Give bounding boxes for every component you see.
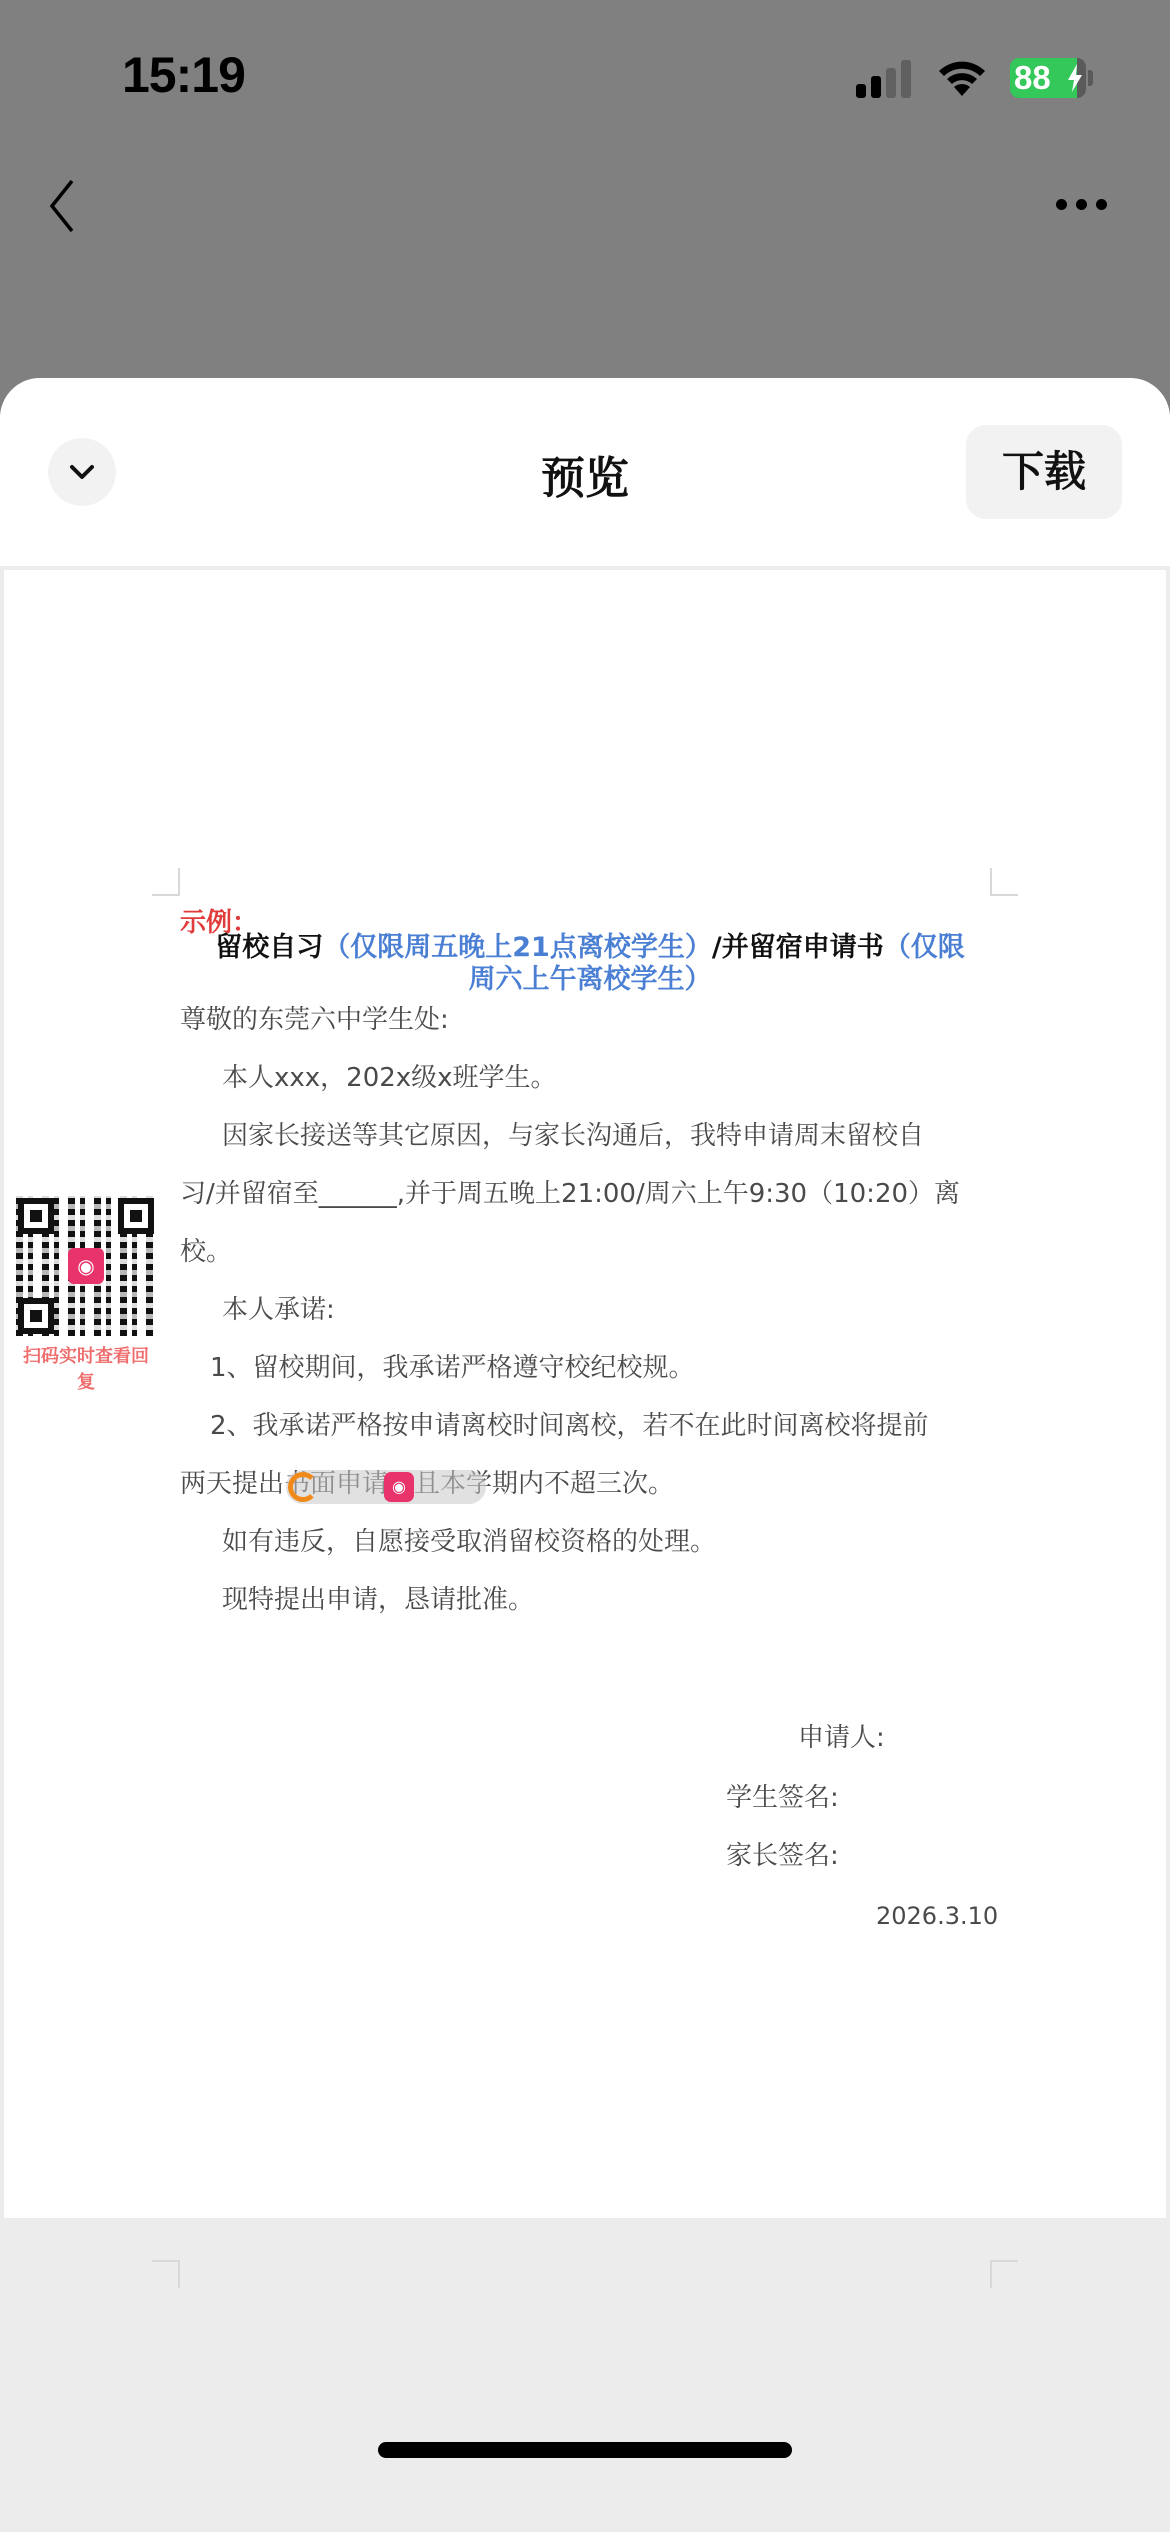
charging-bolt-icon [1066, 64, 1084, 92]
qr-code[interactable]: ◉ [16, 1196, 156, 1336]
more-options-button[interactable] [1052, 195, 1112, 215]
applicant-label: 申请人: [798, 1720, 885, 1756]
wifi-icon [936, 56, 988, 98]
orange-logo-icon [288, 1472, 318, 1502]
title-text: /并留宿申请书 [712, 932, 884, 963]
reason-line-1: 因家长接送等其它原因，与家长沟通后，我特申请周末留校自 [222, 1118, 1042, 1154]
student-signature-label: 学生签名: [726, 1780, 839, 1816]
document-title: 留校自习（仅限周五晚上21点离校学生）/并留宿申请书（仅限 周六上午离校学生） [180, 932, 1000, 996]
crop-mark [990, 2260, 1018, 2288]
violation-clause: 如有违反，自愿接受取消留校资格的处理。 [222, 1524, 1042, 1560]
promise-2-line-1: 2、我承诺严格按申请离校时间离校，若不在此时间离校将提前 [210, 1408, 1030, 1444]
title-note: （仅限 [884, 932, 965, 963]
battery-level: 88 [1014, 59, 1051, 97]
download-button[interactable]: 下载 [966, 425, 1122, 519]
document-page[interactable]: 示例： 留校自习（仅限周五晚上21点离校学生）/并留宿申请书（仅限 周六上午离校… [4, 570, 1166, 2218]
crop-mark [152, 2260, 180, 2288]
preview-sheet: 预览 下载 示例： 留校自习（仅限周五晚上21点离校学生）/并留宿申请书（仅限 … [0, 378, 1170, 2532]
signal-icon [856, 58, 916, 98]
document-date: 2026.3.10 [876, 1898, 998, 1934]
promise-header: 本人承诺: [222, 1292, 1042, 1328]
chevron-left-icon [40, 175, 90, 235]
status-time: 15:19 [122, 46, 245, 104]
crop-mark [990, 868, 1018, 896]
qr-caption: 扫码实时查看回复 [16, 1342, 156, 1394]
reason-line-3: 校。 [180, 1234, 1000, 1270]
crop-mark [152, 868, 180, 896]
home-indicator[interactable] [378, 2442, 792, 2458]
sheet-header: 预览 下载 [0, 378, 1170, 568]
intro-paragraph: 本人xxx，202x级x班学生。 [222, 1060, 1042, 1096]
salutation: 尊敬的东莞六中学生处: [180, 1002, 1000, 1038]
status-bar: 15:19 88 [0, 0, 1170, 150]
back-button[interactable] [40, 175, 90, 235]
closing-paragraph: 现特提出申请，恳请批准。 [222, 1582, 1042, 1618]
battery-icon: 88 [1010, 58, 1086, 98]
title-text: 留校自习 [215, 932, 323, 963]
parent-signature-label: 家长签名: [726, 1838, 839, 1874]
eye-logo-icon: ◉ [384, 1472, 414, 1502]
promise-1: 1、留校期间，我承诺严格遵守校纪校规。 [210, 1350, 1030, 1386]
title-note: （仅限周五晚上21点离校学生） [323, 932, 712, 963]
eye-logo-icon: ◉ [68, 1248, 104, 1284]
reason-line-2: 习/并留宿至______,并于周五晚上21:00/周六上午9:30（10:20）… [180, 1176, 1000, 1212]
title-note: 周六上午离校学生） [469, 964, 712, 995]
battery-nub [1088, 70, 1093, 86]
